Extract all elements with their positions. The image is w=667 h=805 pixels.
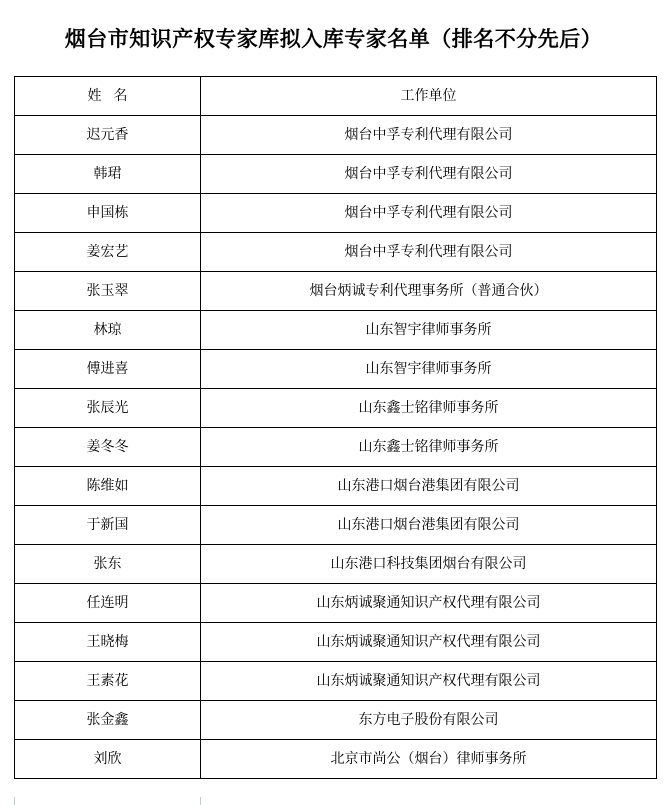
header-unit: 工作单位 (201, 77, 657, 116)
cell-name: 姜冬冬 (15, 428, 201, 467)
cell-name: 张辰光 (15, 389, 201, 428)
cell-unit: 山东炳诚聚通知识产权代理有限公司 (201, 662, 657, 701)
table-row: 迟元香烟台中孚专利代理有限公司 (15, 116, 657, 155)
header-name: 姓名 (15, 77, 201, 116)
table-row: 傅进喜山东智宇律师事务所 (15, 350, 657, 389)
table-row: 张辰光山东鑫士铭律师事务所 (15, 389, 657, 428)
cell-unit: 烟台中孚专利代理有限公司 (201, 194, 657, 233)
cell-name: 张东 (15, 545, 201, 584)
cell-unit: 烟台中孚专利代理有限公司 (201, 233, 657, 272)
cell-name: 于新国 (15, 506, 201, 545)
table-continuation-line-left (14, 797, 15, 805)
cell-name: 张金鑫 (15, 701, 201, 740)
cell-name: 任连明 (15, 584, 201, 623)
table-row: 姜宏艺烟台中孚专利代理有限公司 (15, 233, 657, 272)
cell-name: 姜宏艺 (15, 233, 201, 272)
cell-name: 迟元香 (15, 116, 201, 155)
cell-unit: 山东智宇律师事务所 (201, 311, 657, 350)
cell-name: 申国栋 (15, 194, 201, 233)
cell-unit: 烟台炳诚专利代理事务所（普通合伙） (201, 272, 657, 311)
cell-name: 傅进喜 (15, 350, 201, 389)
cell-unit: 山东炳诚聚通知识产权代理有限公司 (201, 623, 657, 662)
cell-name: 王晓梅 (15, 623, 201, 662)
table-row: 陈维如山东港口烟台港集团有限公司 (15, 467, 657, 506)
table-header-row: 姓名 工作单位 (15, 77, 657, 116)
cell-unit: 烟台中孚专利代理有限公司 (201, 155, 657, 194)
expert-list-table: 姓名 工作单位 迟元香烟台中孚专利代理有限公司 韩珺烟台中孚专利代理有限公司 申… (14, 76, 657, 779)
cell-unit: 山东鑫士铭律师事务所 (201, 389, 657, 428)
table-row: 任连明山东炳诚聚通知识产权代理有限公司 (15, 584, 657, 623)
cell-unit: 山东智宇律师事务所 (201, 350, 657, 389)
expert-list-table-container: 姓名 工作单位 迟元香烟台中孚专利代理有限公司 韩珺烟台中孚专利代理有限公司 申… (14, 76, 656, 779)
table-row: 王晓梅山东炳诚聚通知识产权代理有限公司 (15, 623, 657, 662)
cell-name: 王素花 (15, 662, 201, 701)
table-row: 刘欣北京市尚公（烟台）律师事务所 (15, 740, 657, 779)
cell-name: 刘欣 (15, 740, 201, 779)
cell-name: 陈维如 (15, 467, 201, 506)
table-row: 张东山东港口科技集团烟台有限公司 (15, 545, 657, 584)
table-row: 王素花山东炳诚聚通知识产权代理有限公司 (15, 662, 657, 701)
cell-unit: 北京市尚公（烟台）律师事务所 (201, 740, 657, 779)
cell-unit: 东方电子股份有限公司 (201, 701, 657, 740)
table-row: 韩珺烟台中孚专利代理有限公司 (15, 155, 657, 194)
table-row: 申国栋烟台中孚专利代理有限公司 (15, 194, 657, 233)
cell-name: 韩珺 (15, 155, 201, 194)
cell-unit: 山东港口烟台港集团有限公司 (201, 467, 657, 506)
table-continuation-line-middle (200, 797, 201, 805)
cell-unit: 山东港口烟台港集团有限公司 (201, 506, 657, 545)
table-row: 张金鑫东方电子股份有限公司 (15, 701, 657, 740)
table-row: 姜冬冬山东鑫士铭律师事务所 (15, 428, 657, 467)
cell-unit: 山东港口科技集团烟台有限公司 (201, 545, 657, 584)
cell-name: 林琼 (15, 311, 201, 350)
document-title: 烟台市知识产权专家库拟入库专家名单（排名不分先后） (0, 22, 667, 56)
cell-unit: 山东鑫士铭律师事务所 (201, 428, 657, 467)
cell-unit: 烟台中孚专利代理有限公司 (201, 116, 657, 155)
table-row: 于新国山东港口烟台港集团有限公司 (15, 506, 657, 545)
cell-unit: 山东炳诚聚通知识产权代理有限公司 (201, 584, 657, 623)
table-row: 张玉翠烟台炳诚专利代理事务所（普通合伙） (15, 272, 657, 311)
table-row: 林琼山东智宇律师事务所 (15, 311, 657, 350)
cell-name: 张玉翠 (15, 272, 201, 311)
